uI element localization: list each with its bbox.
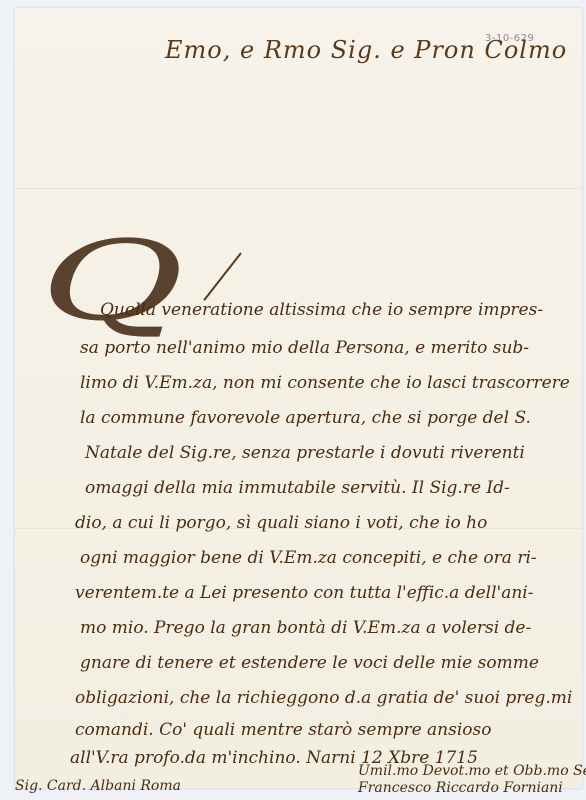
address-line: Sig. Card. Albani Roma <box>15 778 181 794</box>
body-line: omaggi della mia immutabile servitù. Il … <box>85 478 510 498</box>
body-line: dio, a cui li porgo, sì quali siano i vo… <box>75 513 487 533</box>
signature: Francesco Riccardo Forniani <box>358 780 563 796</box>
body-line: gnare di tenere et estendere le voci del… <box>80 653 539 673</box>
paper-fold <box>15 188 582 189</box>
body-line: Natale del Sig.re, senza prestarle i dov… <box>85 443 525 463</box>
body-line: la commune favorevole apertura, che si p… <box>80 408 531 428</box>
closing-formula: Umil.mo Devot.mo et Obb.mo Servitore <box>358 763 586 779</box>
body-line: ogni maggior bene di V.Em.za concepiti, … <box>80 548 537 568</box>
body-line: obligazioni, che la richieggono d.a grat… <box>75 688 572 708</box>
body-line: sa porto nell'animo mio della Persona, e… <box>80 338 529 358</box>
body-line: mo mio. Prego la gran bontà di V.Em.za a… <box>80 618 531 638</box>
letter-page: 3-10-629 Emo, e Rmo Sig. e Pron Colmo Q … <box>15 8 582 788</box>
body-line: comandi. Co' quali mentre starò sempre a… <box>75 720 491 740</box>
body-line: verentem.te a Lei presento con tutta l'e… <box>75 583 533 603</box>
salutation: Emo, e Rmo Sig. e Pron Colmo <box>165 36 567 64</box>
pen-stroke <box>203 252 242 301</box>
body-line: limo di V.Em.za, non mi consente che io … <box>80 373 570 393</box>
body-line: Quella veneratione altissima che io semp… <box>100 300 543 320</box>
